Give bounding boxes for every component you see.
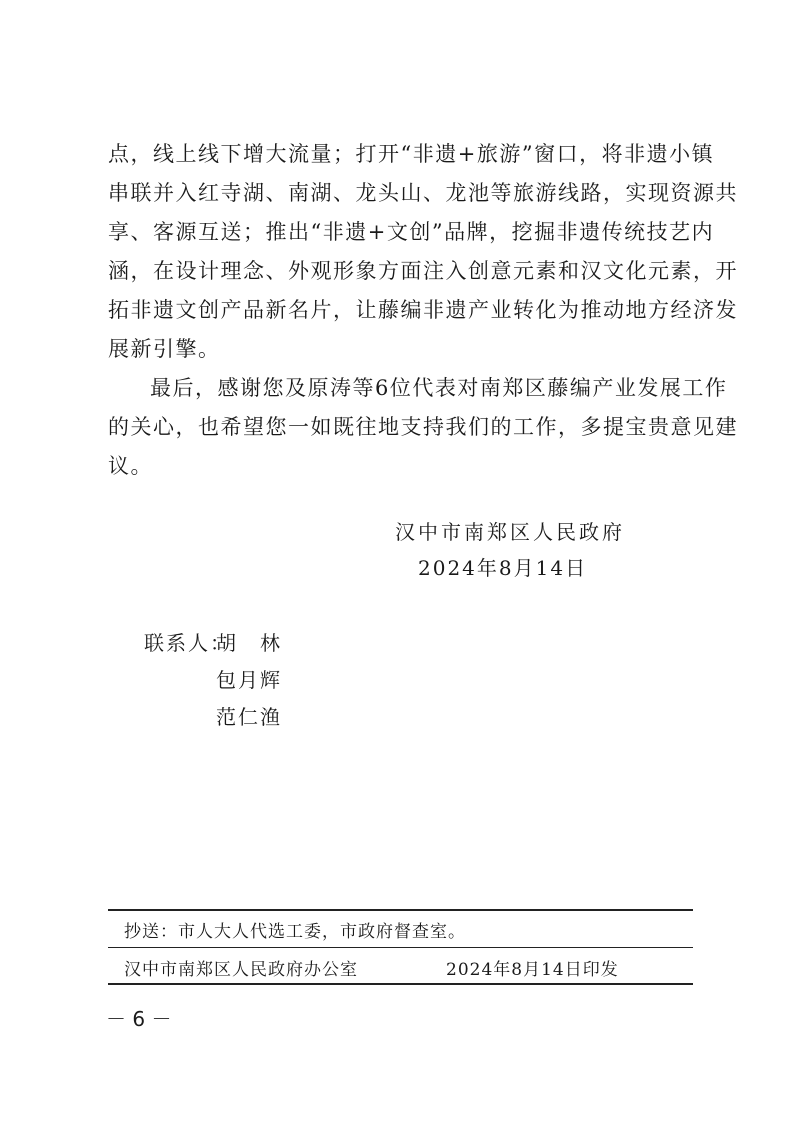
body-line-8: 的关心，也希望您一如既往地支持我们的工作，多提宝贵意见建 [108,411,738,441]
body-line-3: 享、客源互送；推出“非遗+文创”品牌，挖掘非遗传统技艺内 [108,216,714,246]
footer-cc: 抄送：市人大人代选工委，市政府督查室。 [124,917,466,942]
contact-name-2: 包月辉 [216,664,282,693]
contact-name-1: 胡 林 [216,627,282,656]
body-line-9: 议。 [108,450,153,480]
contact-name-3: 范仁渔 [216,701,282,730]
footer-issue-date: 2024年8月14日印发 [446,955,619,980]
signature-organization: 汉中市南郑区人民政府 [395,516,625,545]
footer-middle-rule [108,947,693,948]
footer-bottom-rule [108,983,693,985]
body-line-4: 涵，在设计理念、外观形象方面注入创意元素和汉文化元素，开 [108,255,738,285]
body-line-6: 展新引擎。 [108,333,221,363]
footer-top-rule [108,909,693,911]
signature-date: 2024年8月14日 [418,552,587,581]
body-line-5: 拓非遗文创产品新名片，让藤编非遗产业转化为推动地方经济发 [108,294,738,324]
footer-issuer: 汉中市南郑区人民政府办公室 [124,955,358,980]
body-line-1: 点，线上线下增大流量；打开“非遗+旅游”窗口，将非遗小镇 [108,138,714,168]
page-number: － 6 － [106,1003,171,1032]
body-line-2: 串联并入红寺湖、南湖、龙头山、龙池等旅游线路，实现资源共 [108,177,738,207]
body-line-7: 最后，感谢您及原涛等6位代表对南郑区藤编产业发展工作 [150,372,727,402]
